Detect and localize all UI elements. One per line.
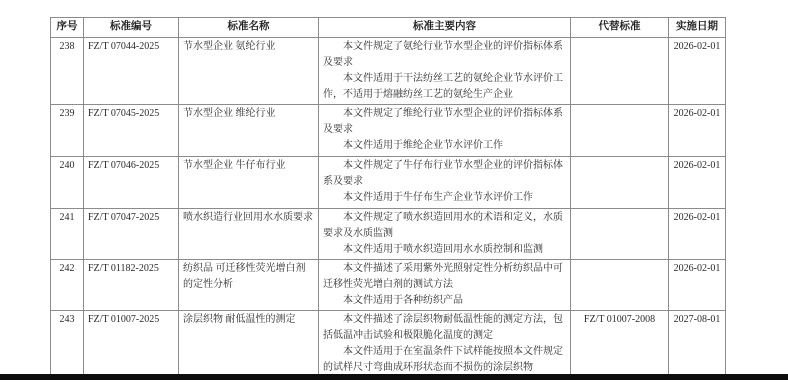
content-paragraph: 本文件适用于干法纺丝工艺的氨纶企业节水评价工作，不适用于熔融纺丝工艺的氨纶生产企…: [323, 71, 566, 103]
content-paragraph: 本文件适用于各种纺织产品: [323, 293, 566, 309]
header-date: 实施日期: [669, 18, 726, 38]
content-paragraph: 本文件规定了维纶行业节水型企业的评价指标体系及要求: [323, 106, 566, 138]
date-cell: 2026-02-01: [669, 38, 726, 105]
name-cell: 节水型企业 氨纶行业: [179, 38, 319, 105]
standards-table: 序号 标准编号 标准名称 标准主要内容 代替标准 实施日期 238FZ/T 07…: [50, 17, 726, 378]
code-cell: FZ/T 07045-2025: [84, 105, 179, 157]
code-cell: FZ/T 07046-2025: [84, 157, 179, 209]
seq-cell: 240: [51, 157, 84, 209]
header-seq: 序号: [51, 18, 84, 38]
date-cell: 2027-08-01: [669, 311, 726, 378]
content-paragraph: 本文件适用于在室温条件下试样能按照本文件规定的试样尺寸弯曲成环形状态而不损伤的涂…: [323, 344, 566, 376]
content-paragraph: 本文件适用于喷水织造回用水水质控制和监测: [323, 242, 566, 258]
date-cell: 2026-02-01: [669, 260, 726, 311]
table-row: 243FZ/T 01007-2025涂层织物 耐低温性的测定本文件描述了涂层织物…: [51, 311, 726, 378]
table-row: 240FZ/T 07046-2025节水型企业 牛仔布行业本文件规定了牛仔布行业…: [51, 157, 726, 209]
content-paragraph: 本文件描述了涂层织物耐低温性能的测定方法，包括低温冲击试验和极限脆化温度的测定: [323, 312, 566, 344]
header-name: 标准名称: [179, 18, 319, 38]
replaces-cell: FZ/T 01007-2008: [571, 311, 669, 378]
content-paragraph: 本文件适用于维纶企业节水评价工作: [323, 138, 566, 154]
seq-cell: 243: [51, 311, 84, 378]
seq-cell: 242: [51, 260, 84, 311]
code-cell: FZ/T 07044-2025: [84, 38, 179, 105]
replaces-cell: [571, 209, 669, 260]
table-row: 242FZ/T 01182-2025纺织品 可迁移性荧光增白剂的定性分析本文件描…: [51, 260, 726, 311]
date-cell: 2026-02-01: [669, 105, 726, 157]
content-cell: 本文件描述了涂层织物耐低温性能的测定方法，包括低温冲击试验和极限脆化温度的测定本…: [319, 311, 571, 378]
name-cell: 节水型企业 维纶行业: [179, 105, 319, 157]
content-cell: 本文件规定了喷水织造回用水的术语和定义，水质要求及水质监测本文件适用于喷水织造回…: [319, 209, 571, 260]
page-bottom-bar: [0, 374, 788, 380]
table-row: 238FZ/T 07044-2025节水型企业 氨纶行业本文件规定了氨纶行业节水…: [51, 38, 726, 105]
replaces-cell: [571, 260, 669, 311]
code-cell: FZ/T 01182-2025: [84, 260, 179, 311]
seq-cell: 239: [51, 105, 84, 157]
table-row: 241FZ/T 07047-2025喷水织造行业回用水水质要求本文件规定了喷水织…: [51, 209, 726, 260]
replaces-cell: [571, 105, 669, 157]
table-row: 239FZ/T 07045-2025节水型企业 维纶行业本文件规定了维纶行业节水…: [51, 105, 726, 157]
header-code: 标准编号: [84, 18, 179, 38]
name-cell: 纺织品 可迁移性荧光增白剂的定性分析: [179, 260, 319, 311]
header-content: 标准主要内容: [319, 18, 571, 38]
content-paragraph: 本文件规定了牛仔布行业节水型企业的评价指标体系及要求: [323, 158, 566, 190]
replaces-cell: [571, 157, 669, 209]
replaces-cell: [571, 38, 669, 105]
content-cell: 本文件规定了氨纶行业节水型企业的评价指标体系及要求本文件适用于干法纺丝工艺的氨纶…: [319, 38, 571, 105]
code-cell: FZ/T 01007-2025: [84, 311, 179, 378]
header-replaces: 代替标准: [571, 18, 669, 38]
date-cell: 2026-02-01: [669, 209, 726, 260]
content-cell: 本文件规定了牛仔布行业节水型企业的评价指标体系及要求本文件适用于牛仔布生产企业节…: [319, 157, 571, 209]
table-header-row: 序号 标准编号 标准名称 标准主要内容 代替标准 实施日期: [51, 18, 726, 38]
content-cell: 本文件描述了采用紫外光照射定性分析纺织品中可迁移性荧光增白剂的测试方法本文件适用…: [319, 260, 571, 311]
code-cell: FZ/T 07047-2025: [84, 209, 179, 260]
content-paragraph: 本文件描述了采用紫外光照射定性分析纺织品中可迁移性荧光增白剂的测试方法: [323, 261, 566, 293]
name-cell: 喷水织造行业回用水水质要求: [179, 209, 319, 260]
seq-cell: 241: [51, 209, 84, 260]
content-paragraph: 本文件规定了氨纶行业节水型企业的评价指标体系及要求: [323, 39, 566, 71]
standards-table-body: 238FZ/T 07044-2025节水型企业 氨纶行业本文件规定了氨纶行业节水…: [51, 38, 726, 378]
content-cell: 本文件规定了维纶行业节水型企业的评价指标体系及要求本文件适用于维纶企业节水评价工…: [319, 105, 571, 157]
content-paragraph: 本文件规定了喷水织造回用水的术语和定义，水质要求及水质监测: [323, 210, 566, 242]
name-cell: 节水型企业 牛仔布行业: [179, 157, 319, 209]
content-paragraph: 本文件适用于牛仔布生产企业节水评价工作: [323, 190, 566, 206]
name-cell: 涂层织物 耐低温性的测定: [179, 311, 319, 378]
date-cell: 2026-02-01: [669, 157, 726, 209]
seq-cell: 238: [51, 38, 84, 105]
